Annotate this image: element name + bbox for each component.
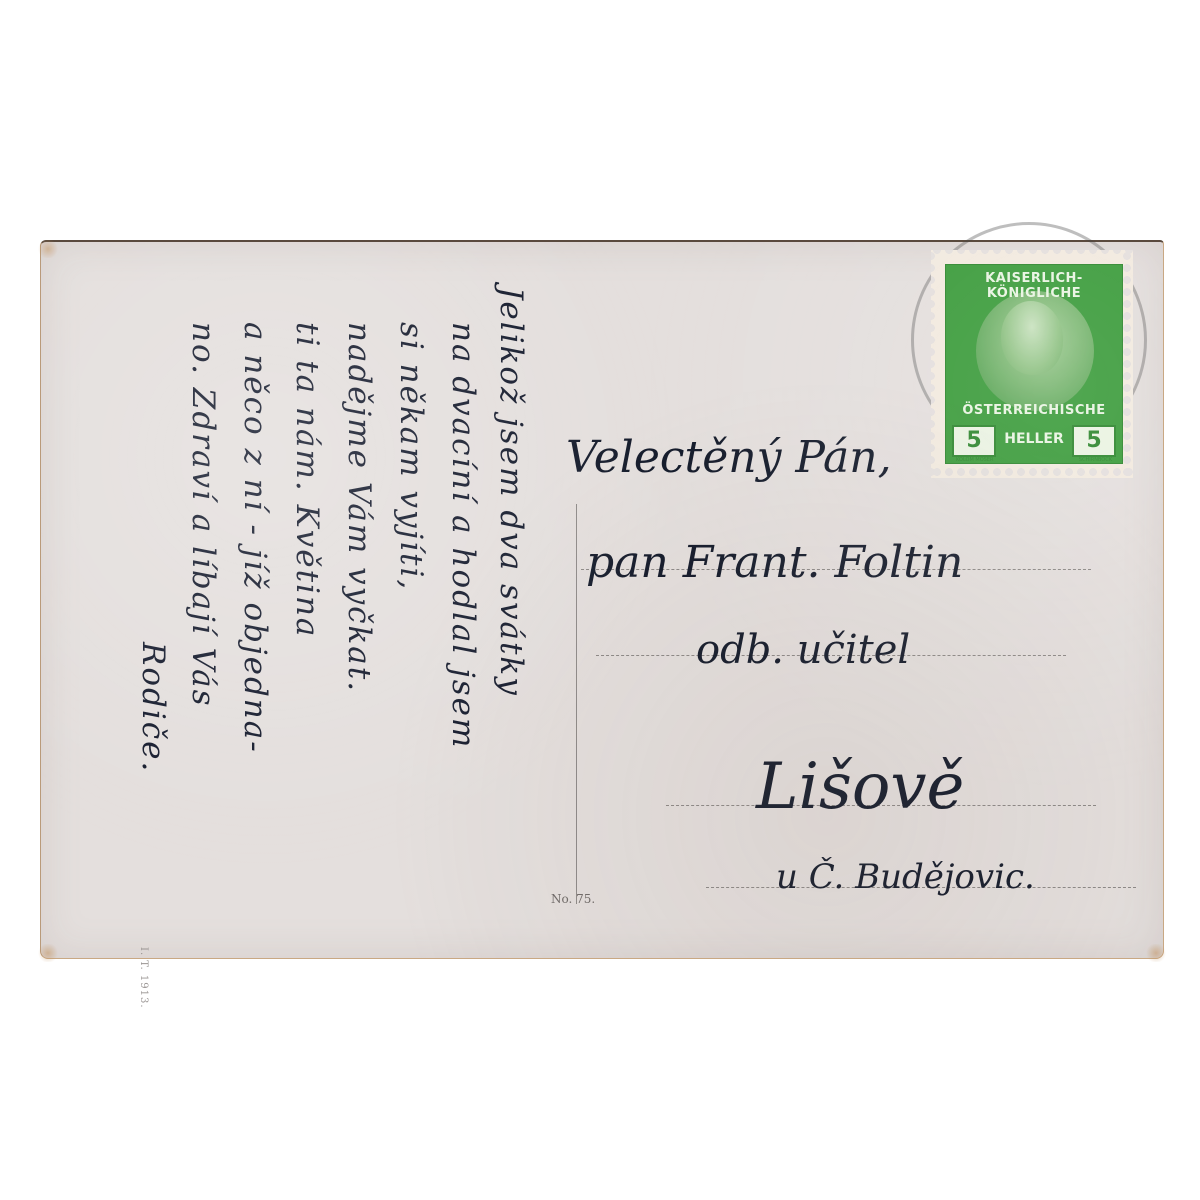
corner-stain	[37, 240, 59, 258]
message-line: a něco z ní - jíž objedna-	[237, 322, 273, 754]
stamp-text-top: KAISERLICH-KÖNIGLICHE	[946, 271, 1122, 301]
postcard: I. T. 1913. No. 75. ...NIEJOV... KAISERL…	[40, 240, 1164, 959]
address-title: odb. učitel	[696, 627, 910, 673]
stamp-engraver-right: SCHIRNBÖCK	[1079, 457, 1112, 463]
message-line: Jelikož jsem dva svátky	[493, 287, 529, 697]
card-number: No. 75.	[551, 892, 595, 906]
stamp-currency: HELLER	[996, 431, 1072, 447]
corner-stain	[37, 944, 59, 962]
message-line: nadějme Vám vyčkat.	[341, 322, 377, 693]
message-line: no. Zdraví a líbají Vás	[185, 322, 221, 708]
stamp-denomination-left: 5	[952, 425, 996, 457]
message-line: si někam vyjíti,	[393, 322, 429, 591]
stamp-design: KAISERLICH-KÖNIGLICHE ÖSTERREICHISCHE 5 …	[945, 264, 1123, 464]
address-salutation: Velectěný Pán,	[566, 432, 892, 483]
stamp-text-bottom: ÖSTERREICHISCHE	[946, 403, 1122, 418]
center-divider-line	[576, 504, 577, 904]
message-line: na dvacíní a hodlal jsem	[445, 322, 481, 749]
address-name: pan Frant. Foltin	[586, 537, 963, 588]
address-region: u Č. Budějovic.	[776, 857, 1035, 897]
printer-mark: I. T. 1913.	[138, 947, 149, 1009]
stamp-denomination-right: 5	[1072, 425, 1116, 457]
message-signature: Rodiče.	[135, 642, 171, 773]
emperor-portrait-icon	[1001, 301, 1063, 375]
message-line: ti ta nám. Květina	[289, 322, 325, 638]
stamp-engraver-left: KOLOM MOSER	[956, 457, 993, 463]
address-town: Lišově	[756, 750, 964, 824]
corner-stain	[1145, 944, 1167, 962]
